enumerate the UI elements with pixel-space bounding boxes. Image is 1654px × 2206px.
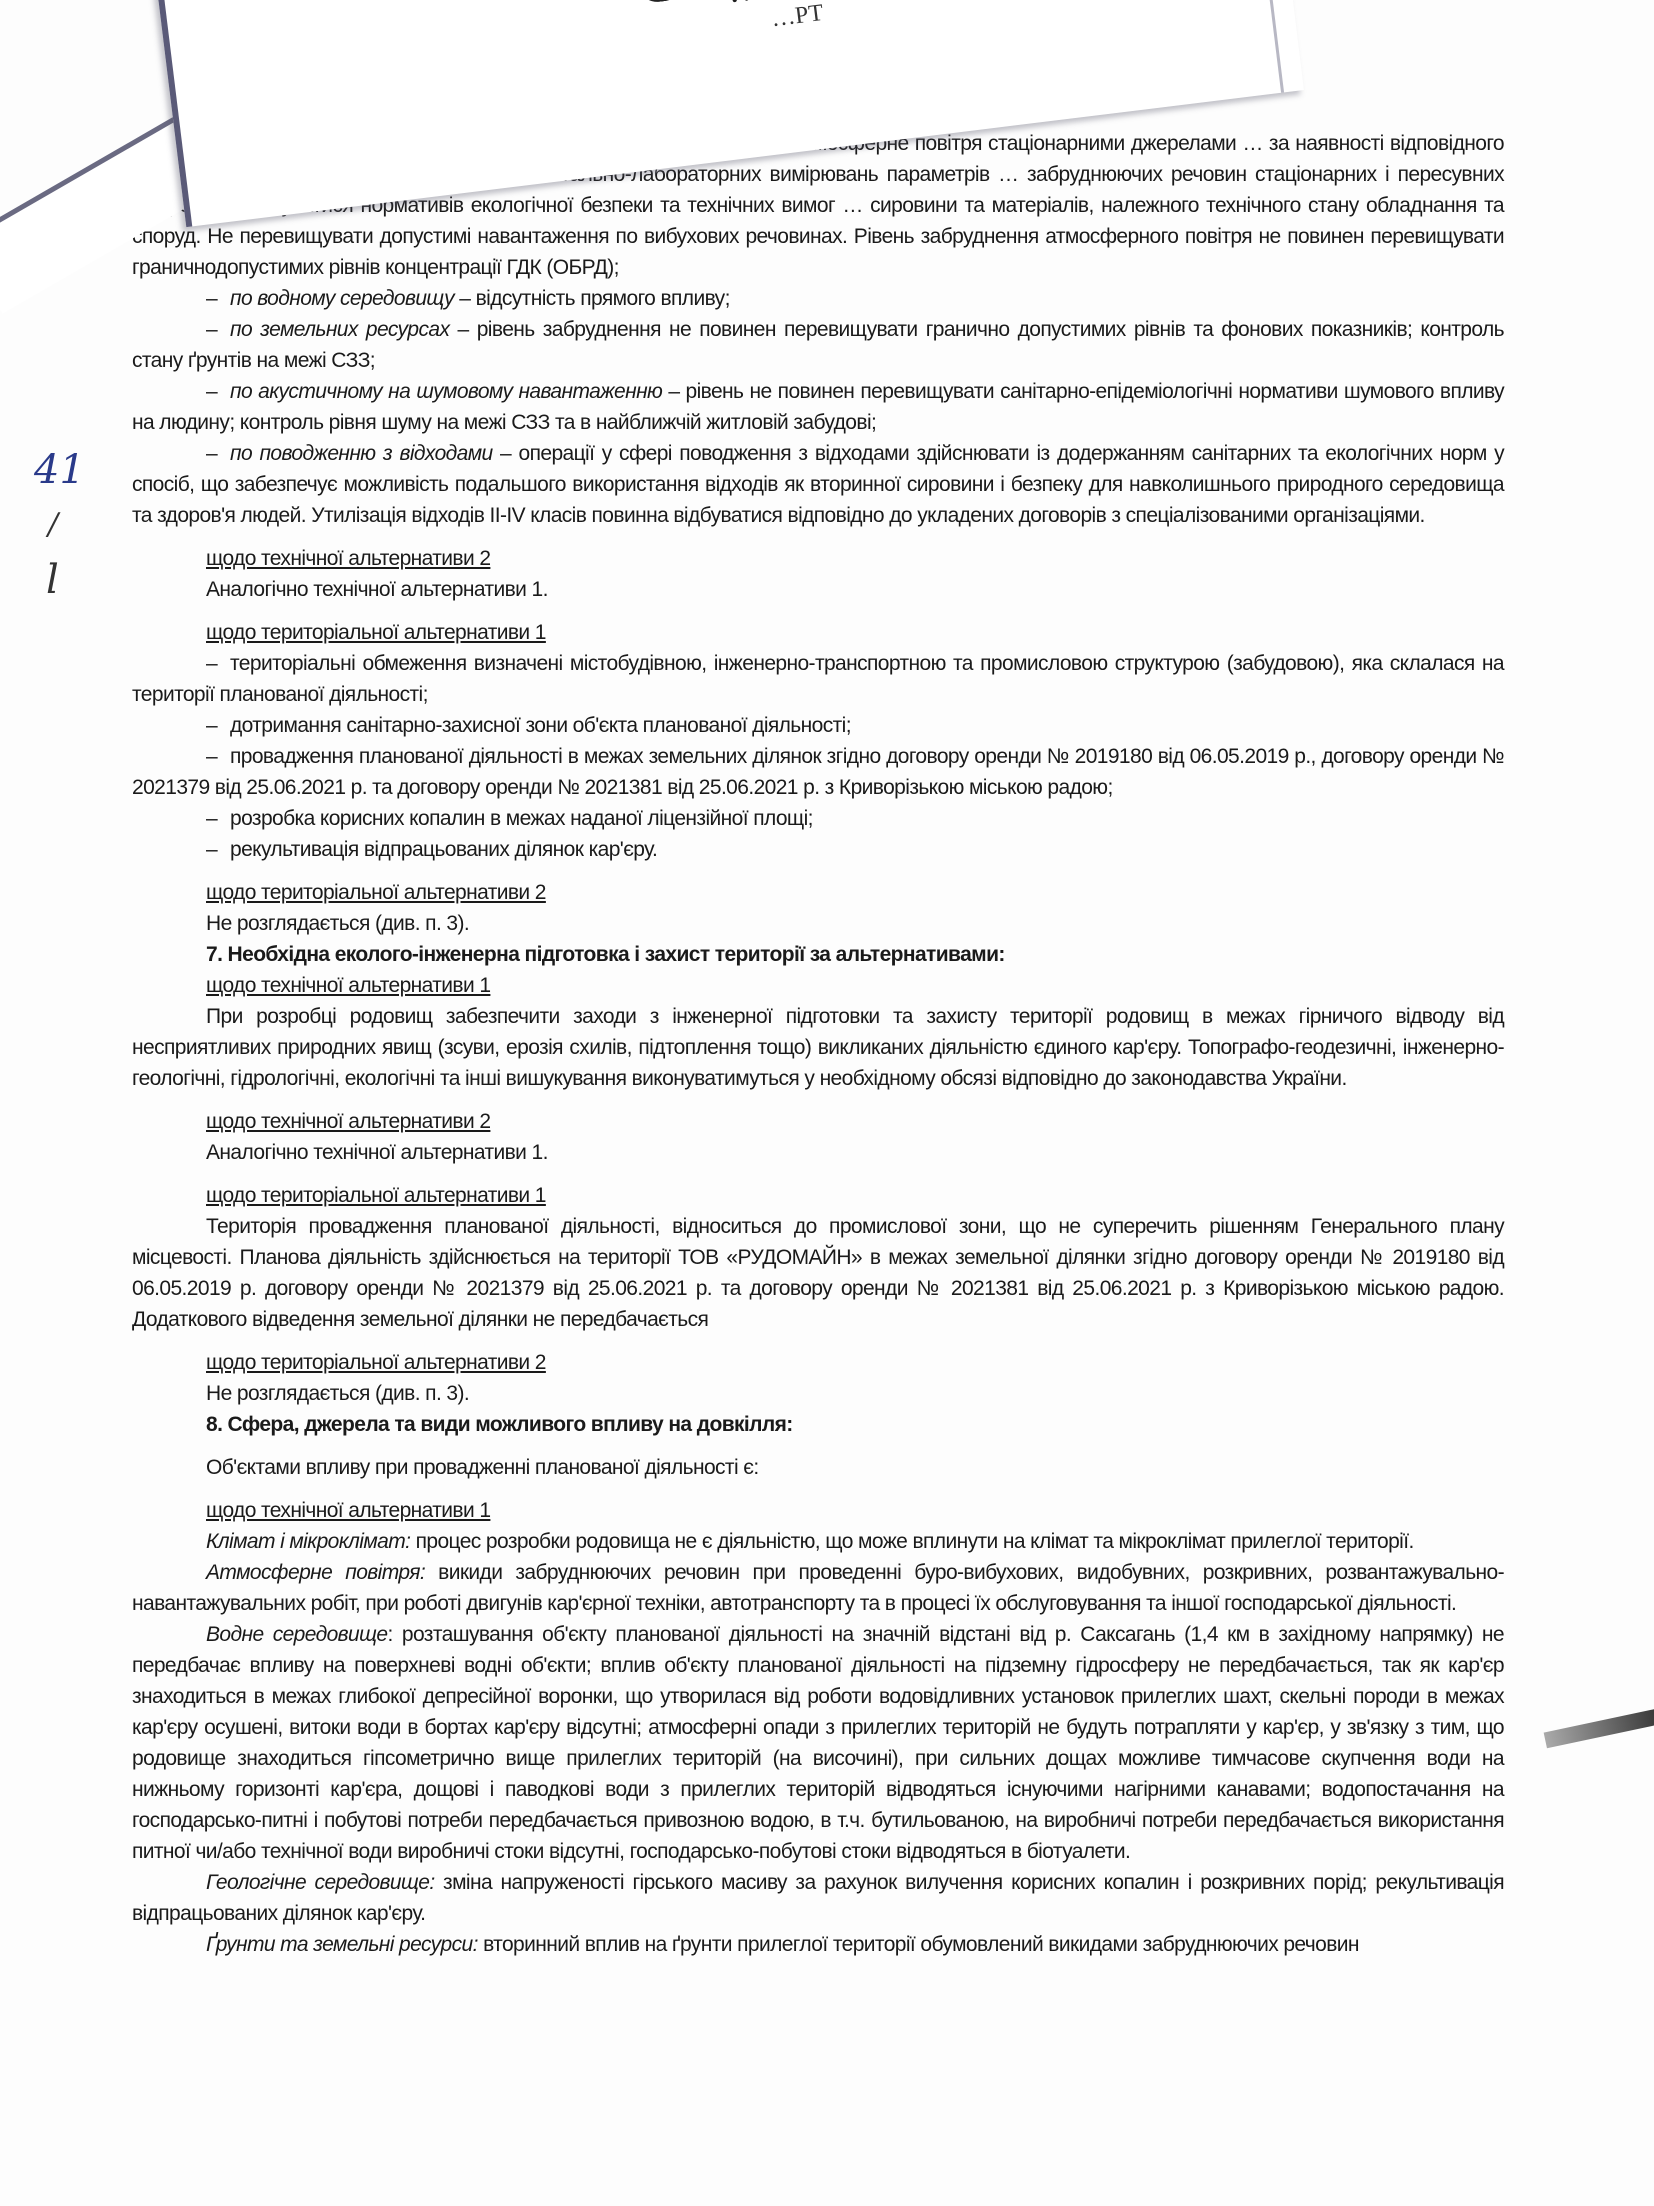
- section-text: Територія провадження планованої діяльно…: [132, 1211, 1504, 1335]
- impact-list: –по водному середовищу – відсутність пря…: [132, 283, 1504, 531]
- bullet-text: провадження планованої діяльності в межа…: [132, 745, 1504, 799]
- impact-object-paragraph: Ґрунти та земельні ресурси: вторинний вп…: [132, 1929, 1504, 1960]
- handwritten-mark: l: [46, 560, 85, 600]
- dash-marker: –: [206, 834, 230, 865]
- bullet-label: по земельних ресурсах: [230, 318, 449, 341]
- dash-marker: –: [206, 438, 230, 469]
- section-heading: щодо територіальної альтернативи 1: [206, 617, 1504, 648]
- section-heading: щодо територіальної альтернативи 2: [206, 1347, 1504, 1378]
- impact-object-label: Атмосферне повітря:: [206, 1561, 425, 1584]
- section-heading: щодо територіальної альтернативи 1: [206, 1180, 1504, 1211]
- dash-marker: –: [206, 803, 230, 834]
- bullet-text: розробка корисних копалин в межах надано…: [230, 807, 813, 830]
- bullet-label: по водному середовищу: [230, 287, 454, 310]
- impact-object-label: Клімат і мікроклімат:: [206, 1530, 410, 1553]
- section-text: При розробці родовищ забезпечити заходи …: [132, 1001, 1504, 1094]
- section-text: Не розглядається (див. п. 3).: [206, 1378, 1504, 1409]
- handwritten-mark: /: [48, 510, 85, 540]
- territorial-bullet: –територіальні обмеження визначені місто…: [132, 648, 1504, 710]
- dash-marker: –: [206, 741, 230, 772]
- dash-marker: –: [206, 314, 230, 345]
- bullet-text: територіальні обмеження визначені містоб…: [132, 652, 1504, 706]
- impact-bullet: –по поводженню з відходами – операції у …: [132, 438, 1504, 531]
- impact-object-paragraph: Геологічне середовище: зміна напруженост…: [132, 1867, 1504, 1929]
- section-7-title: 7. Необхідна еколого-інженерна підготовк…: [206, 939, 1504, 970]
- handwritten-number: 41: [34, 447, 85, 493]
- impact-object-label: Ґрунти та земельні ресурси:: [206, 1933, 478, 1956]
- impact-object-paragraph: Водне середовище: розташування об'єкту п…: [132, 1619, 1504, 1867]
- document-body: …атмосферному повітрю – викиди забруднюю…: [132, 128, 1504, 1960]
- impact-object-paragraph: Атмосферне повітря: викиди забруднюючих …: [132, 1557, 1504, 1619]
- impact-object-text: процес розробки родовища не є діяльністю…: [410, 1530, 1413, 1553]
- section-heading: щодо територіальної альтернативи 2: [206, 877, 1504, 908]
- impact-object-label: Геологічне середовище:: [206, 1871, 435, 1894]
- council-subtitle: …РТ: [770, 0, 825, 33]
- section-heading: щодо технічної альтернативи 2: [206, 543, 1504, 574]
- territorial-bullet: –провадження планованої діяльності в меж…: [132, 741, 1504, 803]
- dash-marker: –: [206, 376, 230, 407]
- section-8-title: 8. Сфера, джерела та види можливого впли…: [206, 1409, 1504, 1440]
- impact-objects-list: Клімат і мікроклімат: процес розробки ро…: [132, 1526, 1504, 1960]
- page-edge: [1235, 0, 1284, 93]
- section-text: Аналогічно технічної альтернативи 1.: [206, 1137, 1504, 1168]
- section-heading: щодо технічної альтернативи 1: [206, 970, 1504, 1001]
- dash-marker: –: [206, 283, 230, 314]
- dash-marker: –: [206, 648, 230, 679]
- impact-bullet: –по земельних ресурсах – рівень забрудне…: [132, 314, 1504, 376]
- territorial-bullet: –рекультивація відпрацьованих ділянок ка…: [132, 834, 1504, 865]
- impact-bullet: –по водному середовищу – відсутність пря…: [132, 283, 1504, 314]
- council-name: …СЬКА РАДА: [725, 0, 980, 11]
- territorial-bullet: –дотримання санітарно-захисної зони об'є…: [132, 710, 1504, 741]
- impact-object-text: вторинний вплив на ґрунти прилеглої тери…: [478, 1933, 1359, 1956]
- impact-object-paragraph: Клімат і мікроклімат: процес розробки ро…: [132, 1526, 1504, 1557]
- bullet-label: по акустичному на шумовому навантаженню: [230, 380, 662, 403]
- section-text: Аналогічно технічної альтернативи 1.: [206, 574, 1504, 605]
- bullet-label: по поводженню з відходами: [230, 442, 493, 465]
- bullet-text: рекультивація відпрацьованих ділянок кар…: [230, 838, 657, 861]
- section-heading: щодо технічної альтернативи 1: [206, 1495, 1504, 1526]
- impact-bullet: –по акустичному на шумовому навантаженню…: [132, 376, 1504, 438]
- trident-coat-of-arms-icon: Ψ: [631, 0, 686, 4]
- impact-object-label: Водне середовище: [206, 1623, 387, 1646]
- impact-object-text: : розташування об'єкту планованої діяльн…: [132, 1623, 1504, 1863]
- territorial-bullet: –розробка корисних копалин в межах надан…: [132, 803, 1504, 834]
- section-8-intro: Об'єктами впливу при провадженні планова…: [206, 1452, 1504, 1483]
- bullet-text: – відсутність прямого впливу;: [454, 287, 730, 310]
- section-text: Не розглядається (див. п. 3).: [206, 908, 1504, 939]
- handwritten-page-number: 41 / l: [34, 450, 85, 600]
- bullet-text: дотримання санітарно-захисної зони об'єк…: [230, 714, 851, 737]
- section-heading: щодо технічної альтернативи 2: [206, 1106, 1504, 1137]
- territorial-list: –територіальні обмеження визначені місто…: [132, 648, 1504, 865]
- dash-marker: –: [206, 710, 230, 741]
